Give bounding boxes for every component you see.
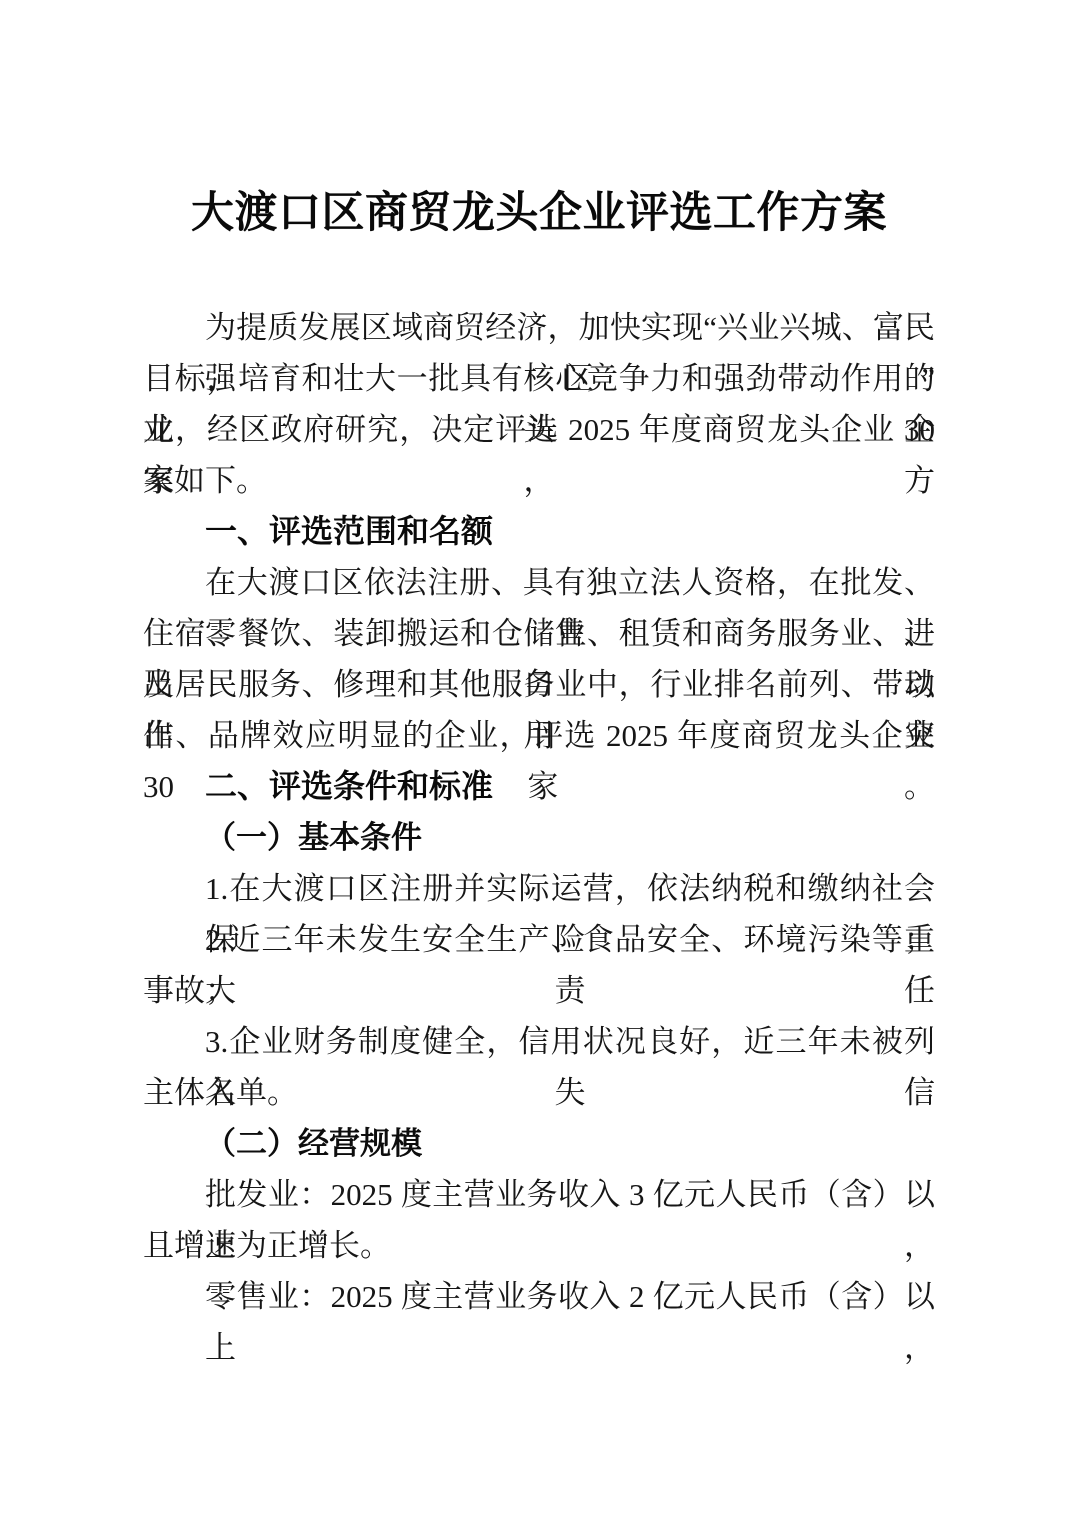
sub-heading: （一）基本条件 [143,812,935,863]
text-line: 零售业：2025 度主营业务收入 2 亿元人民币（含）以上， [143,1271,935,1322]
document-title: 大渡口区商贸龙头企业评选工作方案 [143,186,935,242]
text-line: 批发业：2025 度主营业务收入 3 亿元人民币（含）以上， [143,1169,935,1220]
text-line: 为提质发展区域商贸经济，加快实现“兴业兴城、富民强区” [143,302,935,353]
text-line: 出、品牌效应明显的企业，评选 2025 年度商贸龙头企业 30 家。 [143,710,935,761]
text-line: 住宿、餐饮、装卸搬运和仓储业、租赁和商务服务业、进出口以 [143,608,935,659]
text-line: 在大渡口区依法注册、具有独立法人资格，在批发、零售、 [143,557,935,608]
document-body: 为提质发展区域商贸经济，加快实现“兴业兴城、富民强区”目标，培育和壮大一批具有核… [143,302,935,1322]
text-line: 目标，培育和壮大一批具有核心竞争力和强劲带动作用的龙头企 [143,353,935,404]
document-page: 大渡口区商贸龙头企业评选工作方案 为提质发展区域商贸经济，加快实现“兴业兴城、富… [0,0,1074,1520]
sub-heading: （二）经营规模 [143,1118,935,1169]
section-heading: 一、评选范围和名额 [143,506,935,557]
text-line: 1.在大渡口区注册并实际运营，依法纳税和缴纳社会保险； [143,863,935,914]
text-line: 业，经区政府研究，决定评选 2025 年度商贸龙头企业 30 家，方 [143,404,935,455]
text-line: 及居民服务、修理和其他服务业中，行业排名前列、带动作用突 [143,659,935,710]
document-content: 大渡口区商贸龙头企业评选工作方案 为提质发展区域商贸经济，加快实现“兴业兴城、富… [143,0,935,1322]
text-line: 2.近三年未发生安全生产、食品安全、环境污染等重大责任 [143,914,935,965]
text-line: 3.企业财务制度健全，信用状况良好，近三年未被列入失信 [143,1016,935,1067]
